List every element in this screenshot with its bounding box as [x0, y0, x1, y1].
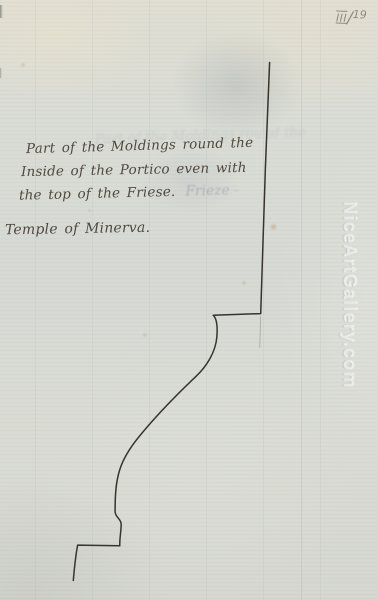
watermark: NiceArtGallery.com [339, 201, 360, 388]
folio-number: III/19 [336, 6, 367, 26]
inscription-title: Temple of Minerva. [5, 220, 150, 239]
paper-laid-texture [0, 0, 378, 600]
faded-pencil-word: Frieze [185, 182, 240, 199]
folio-roman-numeral: III [336, 11, 348, 24]
paper-chain-lines [0, 0, 378, 600]
paper-fold-line [301, 0, 302, 600]
stain-spot [269, 223, 278, 231]
inscription-line-2: Inside of the Portico even with [21, 160, 247, 180]
stain-spot [241, 280, 247, 286]
stain-spot [87, 208, 92, 213]
paper-edge-mark [0, 5, 3, 18]
paper-edge-mark [0, 68, 2, 78]
inscription-line-3: the top of the Friese.Frieze [19, 182, 240, 203]
molding-profile-drawing [0, 0, 378, 600]
manuscript-page: III/19 Part of the Moldings round the Pa… [0, 0, 378, 600]
stain-spot [142, 332, 148, 338]
folio-digits: 19 [352, 8, 366, 21]
molding-profile-faint-line [260, 316, 261, 348]
stain-spot [20, 62, 26, 68]
inscription-line-3-text: the top of the Friese. [19, 184, 176, 204]
inscription-line-1: Part of the Moldings round the [26, 135, 254, 157]
